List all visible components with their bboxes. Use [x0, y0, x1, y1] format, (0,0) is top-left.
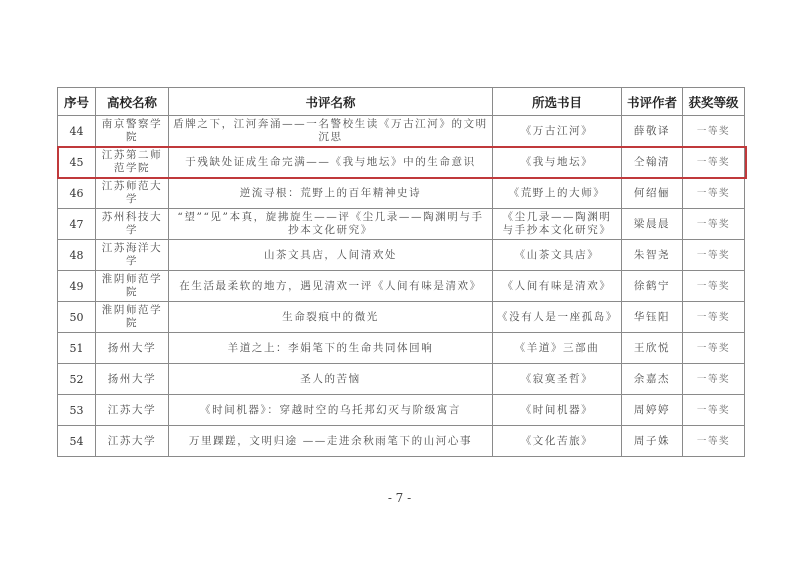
table-header-row: 序号 高校名称 书评名称 所选书目 书评作者 获奖等级 — [58, 88, 745, 116]
cell-author: 梁晨晨 — [622, 209, 683, 240]
table-row: 51 扬州大学 羊道之上：李娟笔下的生命共同体回响 《羊道》三部曲 王欣悦 一等… — [58, 333, 745, 364]
cell-school: 江苏师范大学 — [96, 178, 169, 209]
cell-author: 周子姝 — [622, 426, 683, 457]
table-row: 46 江苏师范大学 逆流寻根：荒野上的百年精神史诗 《荒野上的大师》 何绍俪 一… — [58, 178, 745, 209]
cell-author: 朱智尧 — [622, 240, 683, 271]
table-row: 44 南京警察学院 盾牌之下，江河奔涌——一名警校生读《万古江河》的文明沉思 《… — [58, 116, 745, 147]
cell-author: 华钰阳 — [622, 302, 683, 333]
cell-review-title: 圣人的苦恼 — [169, 364, 493, 395]
cell-number: 48 — [58, 240, 96, 271]
cell-author: 周婷婷 — [622, 395, 683, 426]
cell-prize: 一等奖 — [683, 364, 745, 395]
cell-number: 51 — [58, 333, 96, 364]
cell-review-title: 万里踝蹉，文明归途 ——走进余秋雨笔下的山河心事 — [169, 426, 493, 457]
cell-book: 《羊道》三部曲 — [493, 333, 622, 364]
cell-school: 淮阴师范学院 — [96, 271, 169, 302]
cell-author: 仝翰清 — [622, 147, 683, 178]
cell-author: 余嘉杰 — [622, 364, 683, 395]
table-row: 53 江苏大学 《时间机器》：穿越时空的乌托邦幻灭与阶级寓言 《时间机器》 周婷… — [58, 395, 745, 426]
cell-review-title: 羊道之上：李娟笔下的生命共同体回响 — [169, 333, 493, 364]
cell-prize: 一等奖 — [683, 395, 745, 426]
cell-review-title: 盾牌之下，江河奔涌——一名警校生读《万古江河》的文明沉思 — [169, 116, 493, 147]
table-row: 48 江苏海洋大学 山茶文具店，人间清欢处 《山茶文具店》 朱智尧 一等奖 — [58, 240, 745, 271]
cell-school: 扬州大学 — [96, 333, 169, 364]
cell-number: 53 — [58, 395, 96, 426]
cell-review-title: 于残缺处证成生命完满——《我与地坛》中的生命意识 — [169, 147, 493, 178]
table-row-highlighted: 45 江苏第二师范学院 于残缺处证成生命完满——《我与地坛》中的生命意识 《我与… — [58, 147, 745, 178]
cell-school: 扬州大学 — [96, 364, 169, 395]
cell-school: 江苏大学 — [96, 395, 169, 426]
cell-prize: 一等奖 — [683, 178, 745, 209]
cell-school: 江苏海洋大学 — [96, 240, 169, 271]
cell-book: 《尘几录——陶渊明与手抄本文化研究》 — [493, 209, 622, 240]
header-book: 所选书目 — [493, 88, 622, 116]
table-row: 52 扬州大学 圣人的苦恼 《寂寞圣哲》 余嘉杰 一等奖 — [58, 364, 745, 395]
header-number: 序号 — [58, 88, 96, 116]
cell-prize: 一等奖 — [683, 302, 745, 333]
cell-number: 45 — [58, 147, 96, 178]
cell-prize: 一等奖 — [683, 426, 745, 457]
document-page: 序号 高校名称 书评名称 所选书目 书评作者 获奖等级 44 南京警察学院 盾牌… — [0, 0, 799, 565]
cell-book: 《山茶文具店》 — [493, 240, 622, 271]
cell-book: 《没有人是一座孤岛》 — [493, 302, 622, 333]
cell-prize: 一等奖 — [683, 333, 745, 364]
cell-number: 46 — [58, 178, 96, 209]
table-row: 54 江苏大学 万里踝蹉，文明归途 ——走进余秋雨笔下的山河心事 《文化苦旅》 … — [58, 426, 745, 457]
cell-author: 王欣悦 — [622, 333, 683, 364]
cell-prize: 一等奖 — [683, 147, 745, 178]
cell-review-title: 在生活最柔软的地方，遇见清欢一评《人间有味是清欢》 — [169, 271, 493, 302]
awards-table: 序号 高校名称 书评名称 所选书目 书评作者 获奖等级 44 南京警察学院 盾牌… — [57, 87, 745, 457]
table-row: 49 淮阴师范学院 在生活最柔软的地方，遇见清欢一评《人间有味是清欢》 《人间有… — [58, 271, 745, 302]
cell-review-title: 生命裂痕中的微光 — [169, 302, 493, 333]
cell-prize: 一等奖 — [683, 271, 745, 302]
header-review-title: 书评名称 — [169, 88, 493, 116]
cell-book: 《荒野上的大师》 — [493, 178, 622, 209]
cell-review-title: 《时间机器》：穿越时空的乌托邦幻灭与阶级寓言 — [169, 395, 493, 426]
header-prize: 获奖等级 — [683, 88, 745, 116]
cell-number: 47 — [58, 209, 96, 240]
cell-review-title: 山茶文具店，人间清欢处 — [169, 240, 493, 271]
cell-prize: 一等奖 — [683, 209, 745, 240]
cell-author: 何绍俪 — [622, 178, 683, 209]
cell-school: 淮阴师范学院 — [96, 302, 169, 333]
cell-school: 南京警察学院 — [96, 116, 169, 147]
table-row: 50 淮阴师范学院 生命裂痕中的微光 《没有人是一座孤岛》 华钰阳 一等奖 — [58, 302, 745, 333]
cell-review-title: 逆流寻根：荒野上的百年精神史诗 — [169, 178, 493, 209]
cell-book: 《文化苦旅》 — [493, 426, 622, 457]
cell-author: 薛敬译 — [622, 116, 683, 147]
table-row: 47 苏州科技大学 “望”“见”本真，旋拂旋生——评《尘几录——陶渊明与手抄本文… — [58, 209, 745, 240]
cell-book: 《万古江河》 — [493, 116, 622, 147]
cell-prize: 一等奖 — [683, 240, 745, 271]
cell-school: 江苏大学 — [96, 426, 169, 457]
header-school: 高校名称 — [96, 88, 169, 116]
cell-number: 44 — [58, 116, 96, 147]
cell-number: 54 — [58, 426, 96, 457]
cell-book: 《寂寞圣哲》 — [493, 364, 622, 395]
page-number: - 7 - — [0, 491, 799, 505]
cell-school: 苏州科技大学 — [96, 209, 169, 240]
cell-number: 49 — [58, 271, 96, 302]
cell-book: 《人间有味是清欢》 — [493, 271, 622, 302]
cell-review-title: “望”“见”本真，旋拂旋生——评《尘几录——陶渊明与手抄本文化研究》 — [169, 209, 493, 240]
cell-number: 52 — [58, 364, 96, 395]
cell-number: 50 — [58, 302, 96, 333]
cell-book: 《时间机器》 — [493, 395, 622, 426]
header-author: 书评作者 — [622, 88, 683, 116]
cell-book: 《我与地坛》 — [493, 147, 622, 178]
cell-school: 江苏第二师范学院 — [96, 147, 169, 178]
cell-author: 徐鹤宁 — [622, 271, 683, 302]
cell-prize: 一等奖 — [683, 116, 745, 147]
